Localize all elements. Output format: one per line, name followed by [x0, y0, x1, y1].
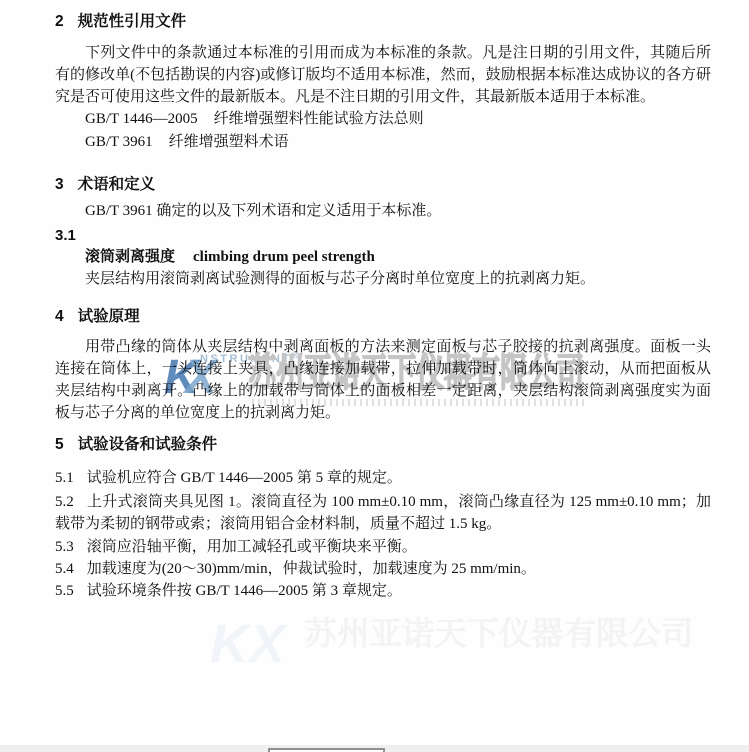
clause-5-3: 5.3滚筒应沿轴平衡，用加工减轻孔或平衡块来平衡。: [55, 536, 711, 558]
clause-text: 上升式滚筒夹具见图 1。滚筒直径为 100 mm±0.10 mm，滚筒凸缘直径为…: [55, 494, 711, 532]
reference-title: 纤维增强塑料术语: [169, 134, 289, 150]
footer-box: [268, 748, 385, 752]
clause-5-1: 5.1试验机应符合 GB/T 1446—2005 第 5 章的规定。: [55, 467, 711, 489]
section-5-heading: 5试验设备和试验条件: [55, 434, 711, 456]
term-chinese: 滚筒剥离强度: [85, 248, 175, 265]
clause-id: 5.3: [55, 539, 74, 555]
clause-5-2: 5.2上升式滚筒夹具见图 1。滚筒直径为 100 mm±0.10 mm，滚筒凸缘…: [55, 491, 711, 535]
reference-title: 纤维增强塑料性能试验方法总则: [214, 111, 424, 127]
section-4-heading: 4试验原理: [55, 306, 711, 328]
section-3-heading: 3术语和定义: [55, 174, 711, 196]
section-number: 2: [55, 13, 64, 30]
clause-id: 5.2: [55, 494, 74, 510]
section-2-heading: 2规范性引用文件: [55, 11, 711, 33]
clause-5-5: 5.5试验环境条件按 GB/T 1446—2005 第 3 章规定。: [55, 580, 711, 602]
normative-references-paragraph: 下列文件中的条款通过本标准的引用而成为本标准的条款。凡是注日期的引用文件，其随后…: [55, 42, 711, 108]
section-title: 试验原理: [78, 308, 140, 325]
clause-text: 加载速度为(20～30)mm/min，仲裁试验时，加载速度为 25 mm/min…: [87, 561, 536, 577]
watermark-bottom-logo: KX: [210, 617, 285, 671]
section-number: 3: [55, 176, 64, 193]
clause-id: 5.5: [55, 583, 74, 599]
clause-text: 滚筒应沿轴平衡，用加工减轻孔或平衡块来平衡。: [87, 539, 417, 555]
clause-5-4: 5.4加载速度为(20～30)mm/min，仲裁试验时，加载速度为 25 mm/…: [55, 558, 711, 580]
reference-code: GB/T 3961: [85, 134, 153, 150]
clause-id: 5.1: [55, 470, 74, 486]
terms-intro: GB/T 3961 确定的以及下列术语和定义适用于本标准。: [55, 200, 711, 222]
clause-text: 试验环境条件按 GB/T 1446—2005 第 3 章规定。: [87, 583, 402, 599]
section-number: 4: [55, 308, 64, 325]
watermark-bottom-company: 苏州亚诺天下仪器有限公司: [305, 620, 694, 650]
section-title: 规范性引用文件: [78, 13, 187, 30]
principle-paragraph: 用带凸缘的筒体从夹层结构中剥离面板的方法来测定面板与芯子胶接的抗剥离强度。面板一…: [55, 336, 711, 424]
term-entry: 滚筒剥离强度climbing drum peel strength: [55, 246, 711, 268]
section-title: 试验设备和试验条件: [78, 436, 218, 453]
reference-item-1: GB/T 1446—2005纤维增强塑料性能试验方法总则: [55, 108, 711, 130]
term-number: 3.1: [55, 225, 711, 247]
standard-document-page: NSTRUMENT® KX 苏州亚诺天下仪器有限公司 KX 苏州亚诺天下仪器有限…: [0, 0, 749, 752]
clause-id: 5.4: [55, 561, 74, 577]
clause-text: 试验机应符合 GB/T 1446—2005 第 5 章的规定。: [87, 470, 402, 486]
term-definition: 夹层结构用滚筒剥离试验测得的面板与芯子分离时单位宽度上的抗剥离力矩。: [55, 268, 711, 290]
reference-code: GB/T 1446—2005: [85, 111, 198, 127]
section-title: 术语和定义: [78, 176, 156, 193]
section-number: 5: [55, 436, 64, 453]
term-english: climbing drum peel strength: [193, 249, 375, 265]
watermark-bottom-faint: KX 苏州亚诺天下仪器有限公司: [210, 612, 749, 707]
reference-item-2: GB/T 3961纤维增强塑料术语: [55, 131, 711, 153]
